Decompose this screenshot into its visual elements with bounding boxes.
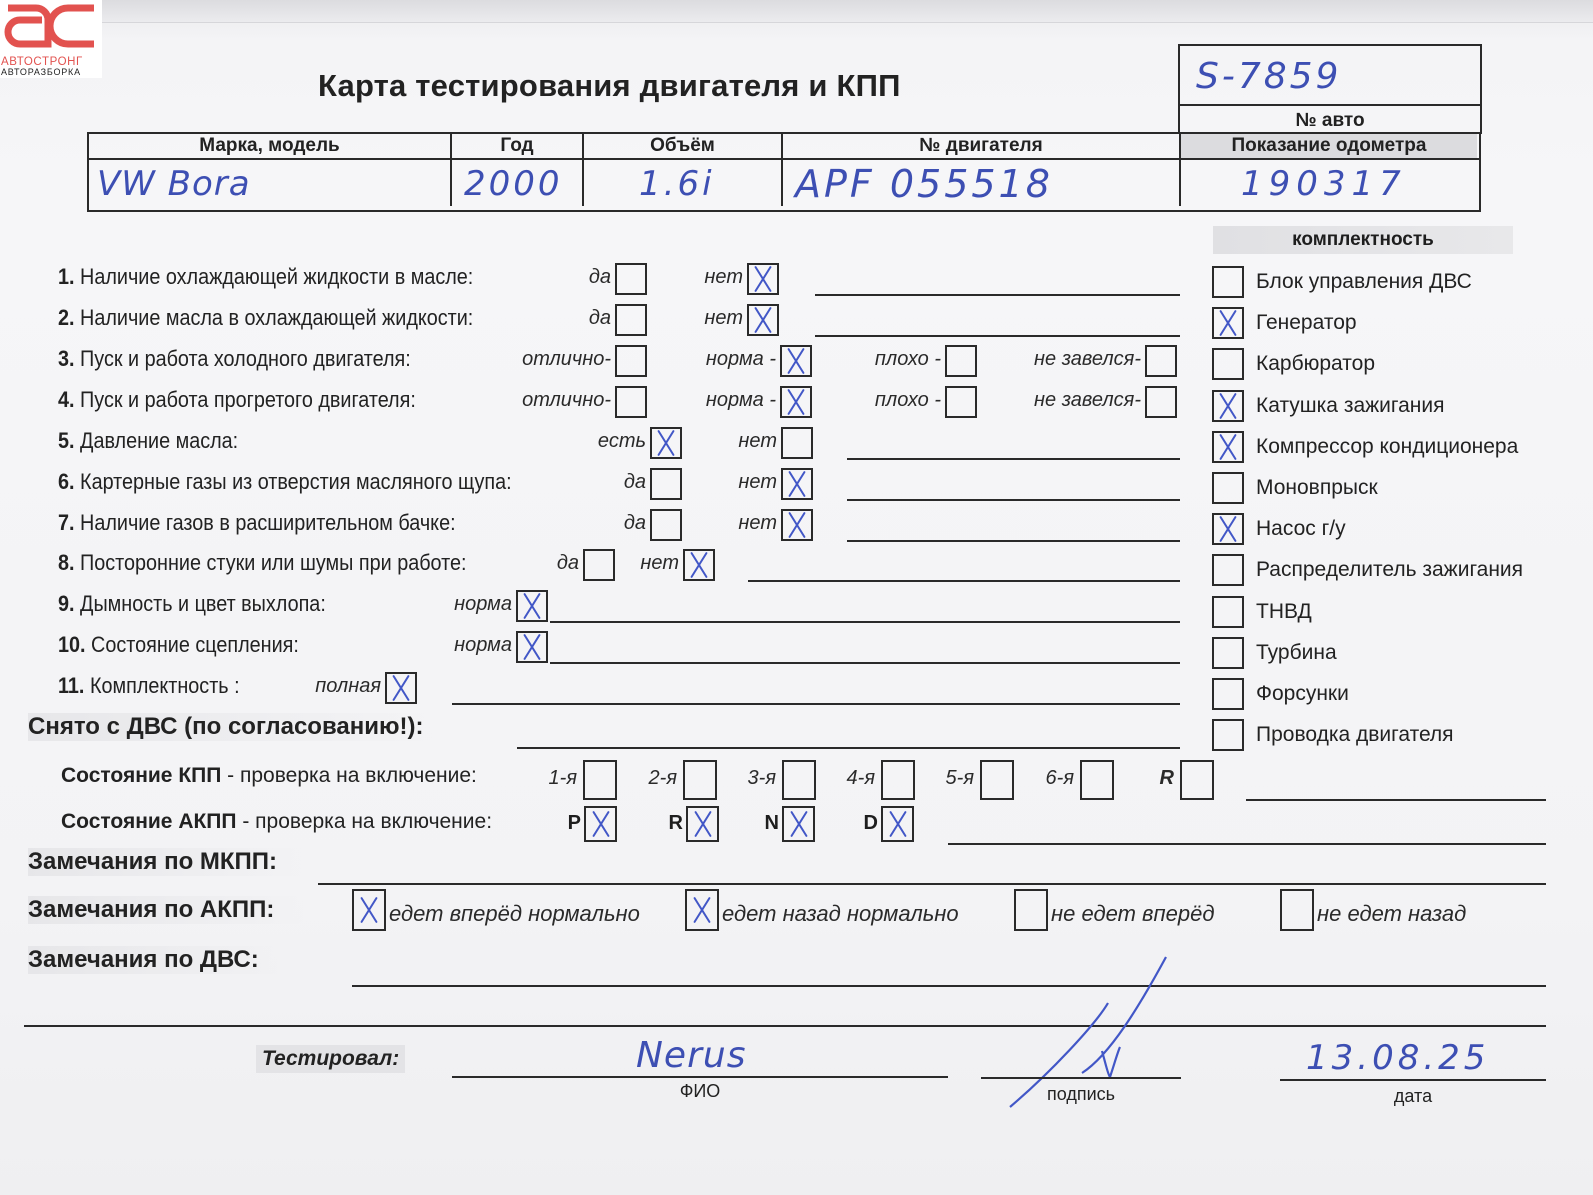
- auto-remark-checkbox[interactable]: [352, 889, 386, 931]
- kit-item-checkbox[interactable]: [1212, 719, 1244, 751]
- check-row-text: Наличие охлаждающей жидкости в масле:: [80, 264, 473, 289]
- volume-value[interactable]: 1.6i: [639, 164, 715, 204]
- car-number-label: № авто: [1178, 104, 1482, 134]
- check-row-number: 1.: [58, 264, 75, 289]
- check-option-label: да: [624, 512, 646, 535]
- date-caption: дата: [1280, 1086, 1546, 1107]
- check-row-number: 9.: [58, 591, 75, 616]
- kit-item-checkbox[interactable]: [1212, 554, 1244, 586]
- check-option-checkbox[interactable]: [385, 672, 417, 704]
- check-option-checkbox[interactable]: [1145, 345, 1177, 377]
- auto-mode-checkbox[interactable]: [686, 806, 719, 842]
- check-row-text: Посторонние стуки или шумы при работе:: [80, 550, 466, 575]
- auto-remark-label: не едет вперёд: [1051, 901, 1215, 927]
- manual-gearbox-label-bold: Состояние КПП: [61, 764, 221, 787]
- model-value[interactable]: VW Bora: [97, 164, 251, 204]
- vehicle-header-table: Марка, модель VW Bora Год 2000 Объём 1.6…: [87, 132, 1481, 212]
- check-option-checkbox[interactable]: [650, 509, 682, 541]
- removed-from-engine-field[interactable]: [517, 747, 1180, 749]
- kit-item-checkbox[interactable]: [1212, 637, 1244, 669]
- kit-item-label: Блок управления ДВС: [1256, 270, 1472, 294]
- kit-item-label: Турбина: [1256, 641, 1337, 665]
- gear-checkbox[interactable]: [1180, 760, 1214, 800]
- gear-checkbox[interactable]: [881, 760, 915, 800]
- kit-item-label: Распределитель зажигания: [1256, 558, 1523, 582]
- auto-mode-checkbox[interactable]: [782, 806, 815, 842]
- check-row-number: 2.: [58, 305, 75, 330]
- check-row-label: 11. Комплектность :: [58, 673, 240, 699]
- gear-checkbox[interactable]: [1080, 760, 1114, 800]
- check-row-label: 7. Наличие газов в расширительном бачке:: [58, 510, 456, 536]
- check-row-number: 10.: [58, 632, 86, 657]
- check-option-label: есть: [598, 430, 646, 453]
- kit-item-label: Катушка зажигания: [1256, 394, 1444, 418]
- tester-name-value[interactable]: Nerus: [636, 1035, 746, 1076]
- check-option-checkbox[interactable]: [615, 263, 647, 295]
- check-option-label: не завелся-: [1034, 348, 1141, 371]
- auto-remark-label: не едет назад: [1317, 901, 1466, 927]
- car-number-box: S-7859: [1178, 44, 1482, 106]
- kit-item-checkbox[interactable]: [1212, 596, 1244, 628]
- gear-label: 2-я: [649, 767, 677, 790]
- check-option-checkbox[interactable]: [650, 427, 682, 459]
- kit-item-checkbox[interactable]: [1212, 390, 1244, 422]
- check-option-checkbox[interactable]: [781, 427, 813, 459]
- manual-gearbox-note-field[interactable]: [1246, 799, 1546, 801]
- check-note-field[interactable]: [550, 662, 1180, 664]
- check-option-label: отлично-: [522, 348, 611, 371]
- auto-remarks-label: Замечания по АКПП:: [28, 896, 304, 924]
- check-row-text: Наличие масла в охлаждающей жидкости:: [80, 305, 473, 330]
- check-option-checkbox[interactable]: [945, 345, 977, 377]
- kit-item-checkbox[interactable]: [1212, 307, 1244, 339]
- kit-item-label: ТНВД: [1256, 600, 1312, 624]
- gear-label: 6-я: [1046, 767, 1074, 790]
- col-odometer: Показание одометра: [1181, 134, 1477, 158]
- check-option-label: да: [589, 307, 611, 330]
- auto-remark-checkbox[interactable]: [1280, 889, 1314, 931]
- check-row-number: 4.: [58, 387, 75, 412]
- kit-item-label: Форсунки: [1256, 682, 1349, 706]
- kit-item-checkbox[interactable]: [1212, 678, 1244, 710]
- gear-label: 1-я: [549, 767, 577, 790]
- engine-number-value[interactable]: APF 055518: [795, 162, 1053, 206]
- check-option-label: да: [557, 552, 579, 575]
- manual-gearbox-label: Состояние КПП - проверка на включение:: [61, 764, 477, 788]
- tested-by-label: Тестировал:: [256, 1045, 405, 1073]
- kit-title: комплектность: [1213, 226, 1513, 254]
- check-row-number: 8.: [58, 550, 75, 575]
- check-option-label: полная: [315, 675, 381, 698]
- brand-tagline: АВТОРАЗБОРКА: [1, 67, 81, 77]
- check-row-label: 6. Картерные газы из отверстия масляного…: [58, 469, 512, 495]
- auto-gearbox-note-field[interactable]: [948, 843, 1546, 845]
- auto-remark-label: едет вперёд нормально: [389, 901, 640, 927]
- signature-field[interactable]: [981, 1077, 1181, 1079]
- kit-item-checkbox[interactable]: [1212, 266, 1244, 298]
- engine-remarks-label: Замечания по ДВС:: [28, 946, 289, 974]
- check-row-number: 3.: [58, 346, 75, 371]
- auto-mode-label: P: [568, 812, 581, 835]
- check-option-label: нет: [738, 430, 777, 453]
- check-option-checkbox[interactable]: [780, 345, 812, 377]
- check-row-label: 2. Наличие масла в охлаждающей жидкости:: [58, 305, 473, 331]
- check-row-number: 7.: [58, 510, 75, 535]
- check-note-field[interactable]: [847, 499, 1180, 501]
- check-option-label: нет: [738, 471, 777, 494]
- check-row-label: 4. Пуск и работа прогретого двигателя:: [58, 387, 416, 413]
- check-option-checkbox[interactable]: [615, 386, 647, 418]
- check-option-label: не завелся-: [1034, 389, 1141, 412]
- kit-item-label: Проводка двигателя: [1256, 723, 1454, 747]
- gear-label: 5-я: [946, 767, 974, 790]
- check-option-checkbox[interactable]: [1145, 386, 1177, 418]
- gear-checkbox[interactable]: [782, 760, 816, 800]
- check-row-label: 9. Дымность и цвет выхлопа:: [58, 591, 326, 617]
- check-option-checkbox[interactable]: [781, 468, 813, 500]
- gear-label: 4-я: [847, 767, 875, 790]
- check-note-field[interactable]: [550, 621, 1180, 623]
- check-row-number: 5.: [58, 428, 75, 453]
- gear-checkbox[interactable]: [980, 760, 1014, 800]
- tester-name-caption: ФИО: [452, 1081, 948, 1102]
- auto-remark-label: едет назад нормально: [722, 901, 959, 927]
- kit-item-checkbox[interactable]: [1212, 348, 1244, 380]
- auto-mode-label: N: [765, 812, 779, 835]
- col-model: Марка, модель: [89, 134, 450, 158]
- check-option-checkbox[interactable]: [747, 304, 779, 336]
- check-row-label: 1. Наличие охлаждающей жидкости в масле:: [58, 264, 473, 290]
- gear-label: 3-я: [748, 767, 776, 790]
- check-option-checkbox[interactable]: [516, 590, 548, 622]
- check-option-checkbox[interactable]: [780, 386, 812, 418]
- check-note-field[interactable]: [815, 294, 1180, 296]
- check-note-field[interactable]: [815, 335, 1180, 337]
- removed-from-engine-label: Снято с ДВС (по согласованию!):: [28, 713, 433, 741]
- check-option-label: нет: [704, 266, 743, 289]
- gear-checkbox[interactable]: [683, 760, 717, 800]
- check-option-label: отлично-: [522, 389, 611, 412]
- ac-logo-icon: [2, 0, 100, 52]
- check-option-checkbox[interactable]: [945, 386, 977, 418]
- check-row-text: Наличие газов в расширительном бачке:: [80, 510, 456, 535]
- kit-item-label: Насос г/у: [1256, 517, 1346, 541]
- col-year: Год: [452, 134, 582, 158]
- check-option-label: да: [589, 266, 611, 289]
- odometer-value[interactable]: 190317: [1241, 164, 1407, 204]
- check-option-checkbox[interactable]: [683, 549, 715, 581]
- kit-item-checkbox[interactable]: [1212, 472, 1244, 504]
- auto-gearbox-label: Состояние АКПП - проверка на включение:: [61, 810, 492, 834]
- auto-mode-label: R: [669, 812, 683, 835]
- engine-remarks-field-2[interactable]: [24, 1025, 1546, 1027]
- auto-mode-label: D: [864, 812, 878, 835]
- check-option-label: норма: [454, 634, 512, 657]
- check-row-text: Пуск и работа холодного двигателя:: [80, 346, 411, 371]
- tester-name-field[interactable]: [452, 1076, 948, 1078]
- check-row-number: 6.: [58, 469, 75, 494]
- check-row-label: 5. Давление масла:: [58, 428, 238, 454]
- check-row-text: Дымность и цвет выхлопа:: [80, 591, 326, 616]
- kit-item-label: Компрессор кондиционера: [1256, 435, 1518, 459]
- check-row-text: Комплектность :: [90, 673, 240, 698]
- check-row-text: Пуск и работа прогретого двигателя:: [80, 387, 416, 412]
- brand-logo: АВТОСТРОНГ АВТОРАЗБОРКА: [0, 0, 102, 78]
- check-row-label: 8. Посторонние стуки или шумы при работе…: [58, 550, 467, 576]
- auto-gearbox-label-bold: Состояние АКПП: [61, 810, 237, 833]
- check-option-label: нет: [738, 512, 777, 535]
- auto-mode-checkbox[interactable]: [584, 806, 617, 842]
- kit-item-checkbox[interactable]: [1212, 431, 1244, 463]
- check-row-label: 10. Состояние сцепления:: [58, 632, 299, 658]
- car-number-value[interactable]: S-7859: [1196, 56, 1341, 97]
- check-option-checkbox[interactable]: [747, 263, 779, 295]
- page-title: Карта тестирования двигателя и КПП: [318, 68, 901, 104]
- check-row-text: Давление масла:: [80, 428, 238, 453]
- check-row-number: 11.: [58, 673, 84, 698]
- auto-remark-checkbox[interactable]: [685, 889, 719, 931]
- check-option-checkbox[interactable]: [615, 345, 647, 377]
- check-row-text: Состояние сцепления:: [91, 632, 299, 657]
- gear-label: R: [1160, 767, 1174, 790]
- kit-item-label: Генератор: [1256, 311, 1357, 335]
- check-note-field[interactable]: [847, 458, 1180, 460]
- check-note-field[interactable]: [847, 540, 1180, 542]
- check-option-label: нет: [704, 307, 743, 330]
- check-note-field[interactable]: [748, 580, 1180, 582]
- check-option-checkbox[interactable]: [583, 549, 615, 581]
- check-option-label: нет: [640, 552, 679, 575]
- manual-remarks-label: Замечания по МКПП:: [28, 848, 307, 876]
- kit-item-label: Карбюратор: [1256, 352, 1375, 376]
- manual-gearbox-label-rest: - проверка на включение:: [221, 764, 477, 787]
- check-row-text: Картерные газы из отверстия масляного щу…: [80, 469, 512, 494]
- manual-remarks-field[interactable]: [318, 883, 1546, 885]
- check-option-checkbox[interactable]: [650, 468, 682, 500]
- check-row-label: 3. Пуск и работа холодного двигателя:: [58, 346, 411, 372]
- date-value[interactable]: 13.08.25: [1306, 1038, 1489, 1078]
- auto-gearbox-label-rest: - проверка на включение:: [237, 810, 493, 833]
- auto-remark-checkbox[interactable]: [1014, 889, 1048, 931]
- check-option-label: норма: [454, 593, 512, 616]
- col-engine-number: № двигателя: [783, 134, 1179, 158]
- col-volume: Объём: [584, 134, 781, 158]
- check-option-label: норма -: [706, 348, 776, 371]
- check-option-checkbox[interactable]: [781, 509, 813, 541]
- gear-checkbox[interactable]: [583, 760, 617, 800]
- check-option-checkbox[interactable]: [516, 631, 548, 663]
- check-note-field[interactable]: [452, 703, 1180, 705]
- check-option-label: плохо -: [875, 348, 941, 371]
- paper-edge: [0, 0, 1593, 23]
- signature-caption: подпись: [981, 1084, 1181, 1105]
- engine-remarks-field-1[interactable]: [352, 985, 1546, 987]
- check-option-checkbox[interactable]: [615, 304, 647, 336]
- check-option-label: да: [624, 471, 646, 494]
- year-value[interactable]: 2000: [464, 164, 563, 204]
- kit-item-checkbox[interactable]: [1212, 513, 1244, 545]
- date-field[interactable]: [1280, 1079, 1546, 1081]
- kit-item-label: Моновпрыск: [1256, 476, 1378, 500]
- check-option-label: плохо -: [875, 389, 941, 412]
- auto-mode-checkbox[interactable]: [881, 806, 914, 842]
- check-option-label: норма -: [706, 389, 776, 412]
